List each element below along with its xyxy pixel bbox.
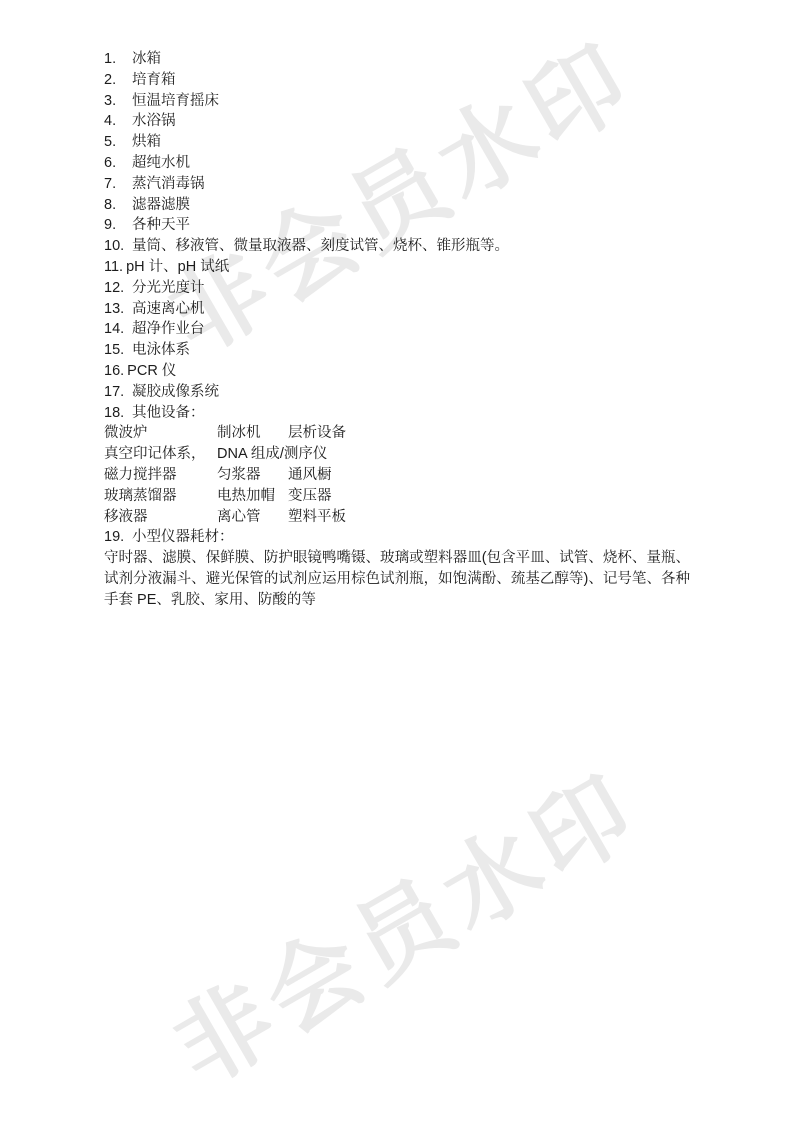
list-item: 14. 超净作业台 (104, 319, 690, 340)
list-item-text: 超纯水机 (132, 153, 690, 174)
list-item-text: 烘箱 (132, 132, 690, 153)
list-item: 15. 电泳体系 (104, 340, 690, 361)
list-item: 9. 各种天平 (104, 215, 690, 236)
list-item-text: 电泳体系 (132, 340, 690, 361)
list-item: 8. 滤器滤膜 (104, 195, 690, 216)
equipment-row: 微波炉 制冰机 层析设备 (104, 423, 690, 444)
list-item-number: 13. (104, 299, 132, 320)
list-item-text: 高速离心机 (132, 299, 690, 320)
list-item-text: 水浴锅 (132, 111, 690, 132)
list-item-number: 4. (104, 111, 132, 132)
equipment-cell: 微波炉 (104, 423, 217, 444)
list-item-text: 各种天平 (132, 215, 690, 236)
list-item-number: 3. (104, 91, 132, 112)
list-item: 12. 分光光度计 (104, 278, 690, 299)
list-item-number: 16. (104, 361, 124, 382)
document-body: 1. 冰箱 2. 培育箱 3. 恒温培育摇床 4. 水浴锅 5. 烘箱 6. 超… (104, 49, 690, 611)
equipment-cell: 电热加帽 (217, 486, 288, 507)
list-item-number: 11. (104, 257, 123, 278)
list-item-number: 9. (104, 215, 132, 236)
equipment-cell: 离心管 (217, 507, 288, 528)
equipment-cell (288, 444, 690, 465)
list-item: 3. 恒温培育摇床 (104, 91, 690, 112)
list-item-text: 凝胶成像系统 (132, 382, 690, 403)
equipment-cell: 磁力搅拌器 (104, 465, 217, 486)
list-item-text: PCR 仪 (127, 361, 690, 382)
list-item-text: 小型仪器耗材： (132, 527, 690, 548)
list-item: 11. pH 计、pH 试纸 (104, 257, 690, 278)
list-item-text: 其他设备： (132, 403, 690, 424)
equipment-cell: DNA 组成/测序仪 (217, 444, 288, 465)
list-item-text: 冰箱 (132, 49, 690, 70)
equipment-row: 磁力搅拌器 匀浆器 通风橱 (104, 465, 690, 486)
list-item-number: 8. (104, 195, 132, 216)
equipment-cell: 玻璃蒸馏器 (104, 486, 217, 507)
equipment-cell: 通风橱 (288, 465, 690, 486)
list-item-text: 滤器滤膜 (132, 195, 690, 216)
list-item-number: 19. (104, 527, 132, 548)
list-item-text: 培育箱 (132, 70, 690, 91)
list-item: 7. 蒸汽消毒锅 (104, 174, 690, 195)
list-item-number: 14. (104, 319, 132, 340)
equipment-row: 真空印记体系， DNA 组成/测序仪 (104, 444, 690, 465)
list-item: 13. 高速离心机 (104, 299, 690, 320)
list-item-text: 超净作业台 (132, 319, 690, 340)
list-item: 4. 水浴锅 (104, 111, 690, 132)
list-item: 17. 凝胶成像系统 (104, 382, 690, 403)
equipment-cell: 制冰机 (217, 423, 288, 444)
equipment-cell: 真空印记体系， (104, 444, 217, 465)
equipment-row: 玻璃蒸馏器 电热加帽 变压器 (104, 486, 690, 507)
list-item-number: 12. (104, 278, 132, 299)
list-item-number: 17. (104, 382, 132, 403)
list-item: 19. 小型仪器耗材： (104, 527, 690, 548)
list-item-text: pH 计、pH 试纸 (126, 257, 690, 278)
list-item-text: 恒温培育摇床 (132, 91, 690, 112)
list-item-number: 2. (104, 70, 132, 91)
list-item-number: 15. (104, 340, 132, 361)
list-item-number: 5. (104, 132, 132, 153)
list-item: 2. 培育箱 (104, 70, 690, 91)
list-item: 5. 烘箱 (104, 132, 690, 153)
list-item: 10. 量筒、移液管、微量取液器、刻度试管、烧杯、锥形瓶等。 (104, 236, 690, 257)
equipment-cell: 变压器 (288, 486, 690, 507)
list-item: 18. 其他设备： (104, 403, 690, 424)
equipment-cell: 层析设备 (288, 423, 690, 444)
equipment-row: 移液器 离心管 塑料平板 (104, 507, 690, 528)
consumables-paragraph: 守时器、滤膜、保鲜膜、防护眼镜鸭嘴镊、玻璃或塑料器皿(包含平皿、试管、烧杯、量瓶… (104, 548, 690, 610)
list-item-number: 18. (104, 403, 132, 424)
list-item: 1. 冰箱 (104, 49, 690, 70)
list-item-number: 7. (104, 174, 132, 195)
list-item-text: 分光光度计 (132, 278, 690, 299)
equipment-cell: 移液器 (104, 507, 217, 528)
equipment-cell: 塑料平板 (288, 507, 690, 528)
document-page: 非会员水印 非会员水印 1. 冰箱 2. 培育箱 3. 恒温培育摇床 4. 水浴… (0, 0, 793, 1122)
list-item: 6. 超纯水机 (104, 153, 690, 174)
list-item-number: 10. (104, 236, 132, 257)
list-item-text: 蒸汽消毒锅 (132, 174, 690, 195)
list-item: 16. PCR 仪 (104, 361, 690, 382)
list-item-number: 6. (104, 153, 132, 174)
equipment-cell: 匀浆器 (217, 465, 288, 486)
list-item-text: 量筒、移液管、微量取液器、刻度试管、烧杯、锥形瓶等。 (132, 236, 690, 257)
list-item-number: 1. (104, 49, 132, 70)
watermark: 非会员水印 (146, 735, 660, 1110)
